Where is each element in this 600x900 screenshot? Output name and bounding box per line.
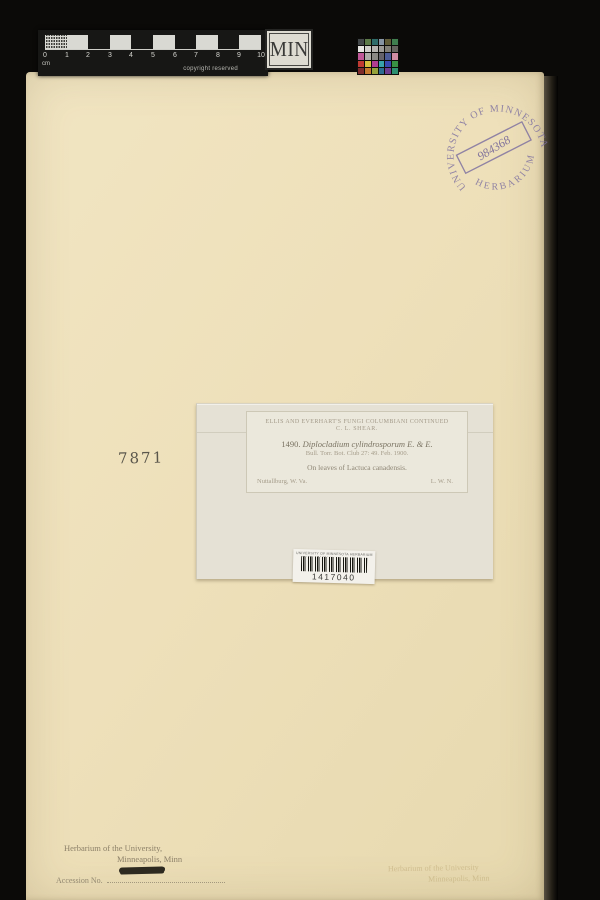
color-patch [365, 46, 371, 52]
color-patch [379, 39, 385, 45]
color-patch [365, 68, 371, 74]
color-patch [392, 53, 398, 59]
ghost-stamp: Herbarium of the University Minneapolis,… [388, 862, 538, 885]
specimen-label: ELLIS AND EVERHART'S FUNGI COLUMBIANI CO… [246, 411, 468, 493]
footer-herbarium-line: Herbarium of the University, [64, 843, 162, 853]
herbarium-code-box: MIN [265, 29, 313, 70]
label-citation: Bull. Torr. Bot. Club 27: 49. Feb. 1900. [247, 450, 467, 457]
label-species-name: Diplocladium cylindrosporum E. & E. [303, 439, 433, 449]
struck-out-accession-number [119, 866, 165, 873]
color-patch [392, 68, 398, 74]
barcode-sticker: UNIVERSITY OF MINNESOTA HERBARIUM 141704… [293, 549, 376, 584]
scale-bar-numbers: 0 1 2 3 4 5 6 7 8 9 10 [38, 52, 268, 61]
footer-city-line: Minneapolis, Minn [117, 854, 182, 864]
ghost-stamp-line1: Herbarium of the University [388, 862, 538, 874]
color-patch [385, 39, 391, 45]
color-patch [358, 46, 364, 52]
label-collector: L. W. N. [431, 478, 453, 485]
sheet-edge-shadow [544, 76, 558, 900]
label-series-title: ELLIS AND EVERHART'S FUNGI COLUMBIANI CO… [247, 419, 467, 425]
color-patch [365, 39, 371, 45]
color-patch [392, 39, 398, 45]
color-patch [358, 61, 364, 67]
color-patch [392, 46, 398, 52]
color-patch [385, 46, 391, 52]
color-patch [379, 46, 385, 52]
barcode-bars [301, 556, 367, 573]
barcode-number: 1417040 [293, 571, 375, 583]
color-patch [379, 53, 385, 59]
color-patch [379, 61, 385, 67]
color-patch [385, 53, 391, 59]
scale-bar-mm-grid [45, 35, 67, 49]
label-locality: Nuttallburg, W. Va. [257, 478, 307, 485]
color-patch [385, 68, 391, 74]
herbarium-sheet-photo: 0 1 2 3 4 5 6 7 8 9 10 cm copyright rese… [0, 0, 600, 900]
color-patch [379, 68, 385, 74]
herbarium-code: MIN [270, 37, 309, 62]
label-locality-row: Nuttallburg, W. Va. L. W. N. [247, 478, 467, 485]
scale-bar-unit: cm [42, 61, 50, 67]
label-substrate: On leaves of Lactuca canadensis. [247, 463, 467, 472]
scale-bar-copyright: copyright reserved [183, 66, 238, 72]
color-patch [365, 61, 371, 67]
color-patch [372, 61, 378, 67]
color-patch [385, 61, 391, 67]
scale-bar: 0 1 2 3 4 5 6 7 8 9 10 cm copyright rese… [38, 30, 268, 76]
color-patch [358, 39, 364, 45]
color-patch [358, 53, 364, 59]
color-patch [358, 68, 364, 74]
color-patch [372, 39, 378, 45]
label-collection-number: 1490. [281, 439, 300, 449]
color-patch [372, 68, 378, 74]
color-patch [372, 46, 378, 52]
color-calibration-chart [357, 38, 399, 75]
accession-blank-line [107, 882, 225, 883]
scale-bar-segments [45, 35, 261, 50]
handwritten-sheet-number: 7871 [118, 449, 164, 468]
label-species-line: 1490. Diplocladium cylindrosporum E. & E… [247, 439, 467, 449]
color-patch [372, 53, 378, 59]
color-patch [392, 61, 398, 67]
label-editor: C. L. SHEAR. [247, 426, 467, 432]
color-patch [365, 53, 371, 59]
accession-label: Accession No. [56, 876, 103, 885]
ghost-stamp-line2: Minneapolis, Minn [428, 873, 538, 884]
accession-number-line: Accession No. [56, 876, 225, 885]
